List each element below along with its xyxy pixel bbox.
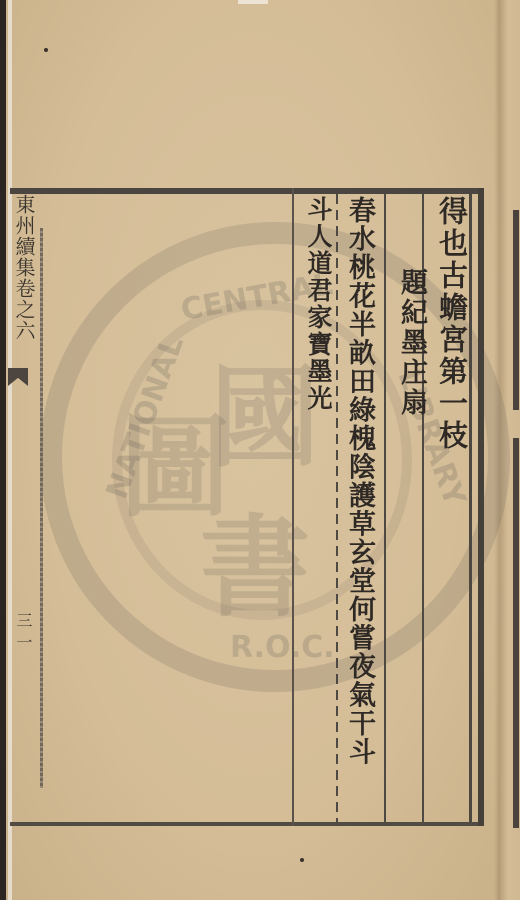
column-rule: [384, 194, 386, 822]
column-rule: [336, 194, 338, 822]
adjacent-page-edge: [500, 0, 520, 900]
margin-book-title: 東州續集卷之六: [10, 194, 39, 341]
poem-title-column: 題紀墨庄扇: [392, 268, 431, 418]
text-column-3: 春水桃花半畝田綠槐陰護草玄堂何嘗夜氣干斗: [340, 196, 379, 766]
adjacent-frame-line: [513, 210, 519, 410]
paper-speck: [300, 858, 304, 862]
frame-top-border: [10, 188, 484, 194]
adjacent-frame-line: [513, 438, 519, 828]
frame-bottom-border: [10, 822, 484, 826]
frame-right-border: [478, 188, 484, 826]
block-center-line: [292, 188, 294, 826]
torn-paper-edge: [238, 0, 268, 4]
block-edge-smudge: [40, 228, 43, 788]
folio-number: 三一: [12, 612, 35, 656]
text-column-4: 斗人道君家寶墨光: [300, 196, 336, 412]
text-column-1: 得也古蟾宮第一枝: [432, 196, 473, 452]
paper-speck: [44, 48, 48, 52]
